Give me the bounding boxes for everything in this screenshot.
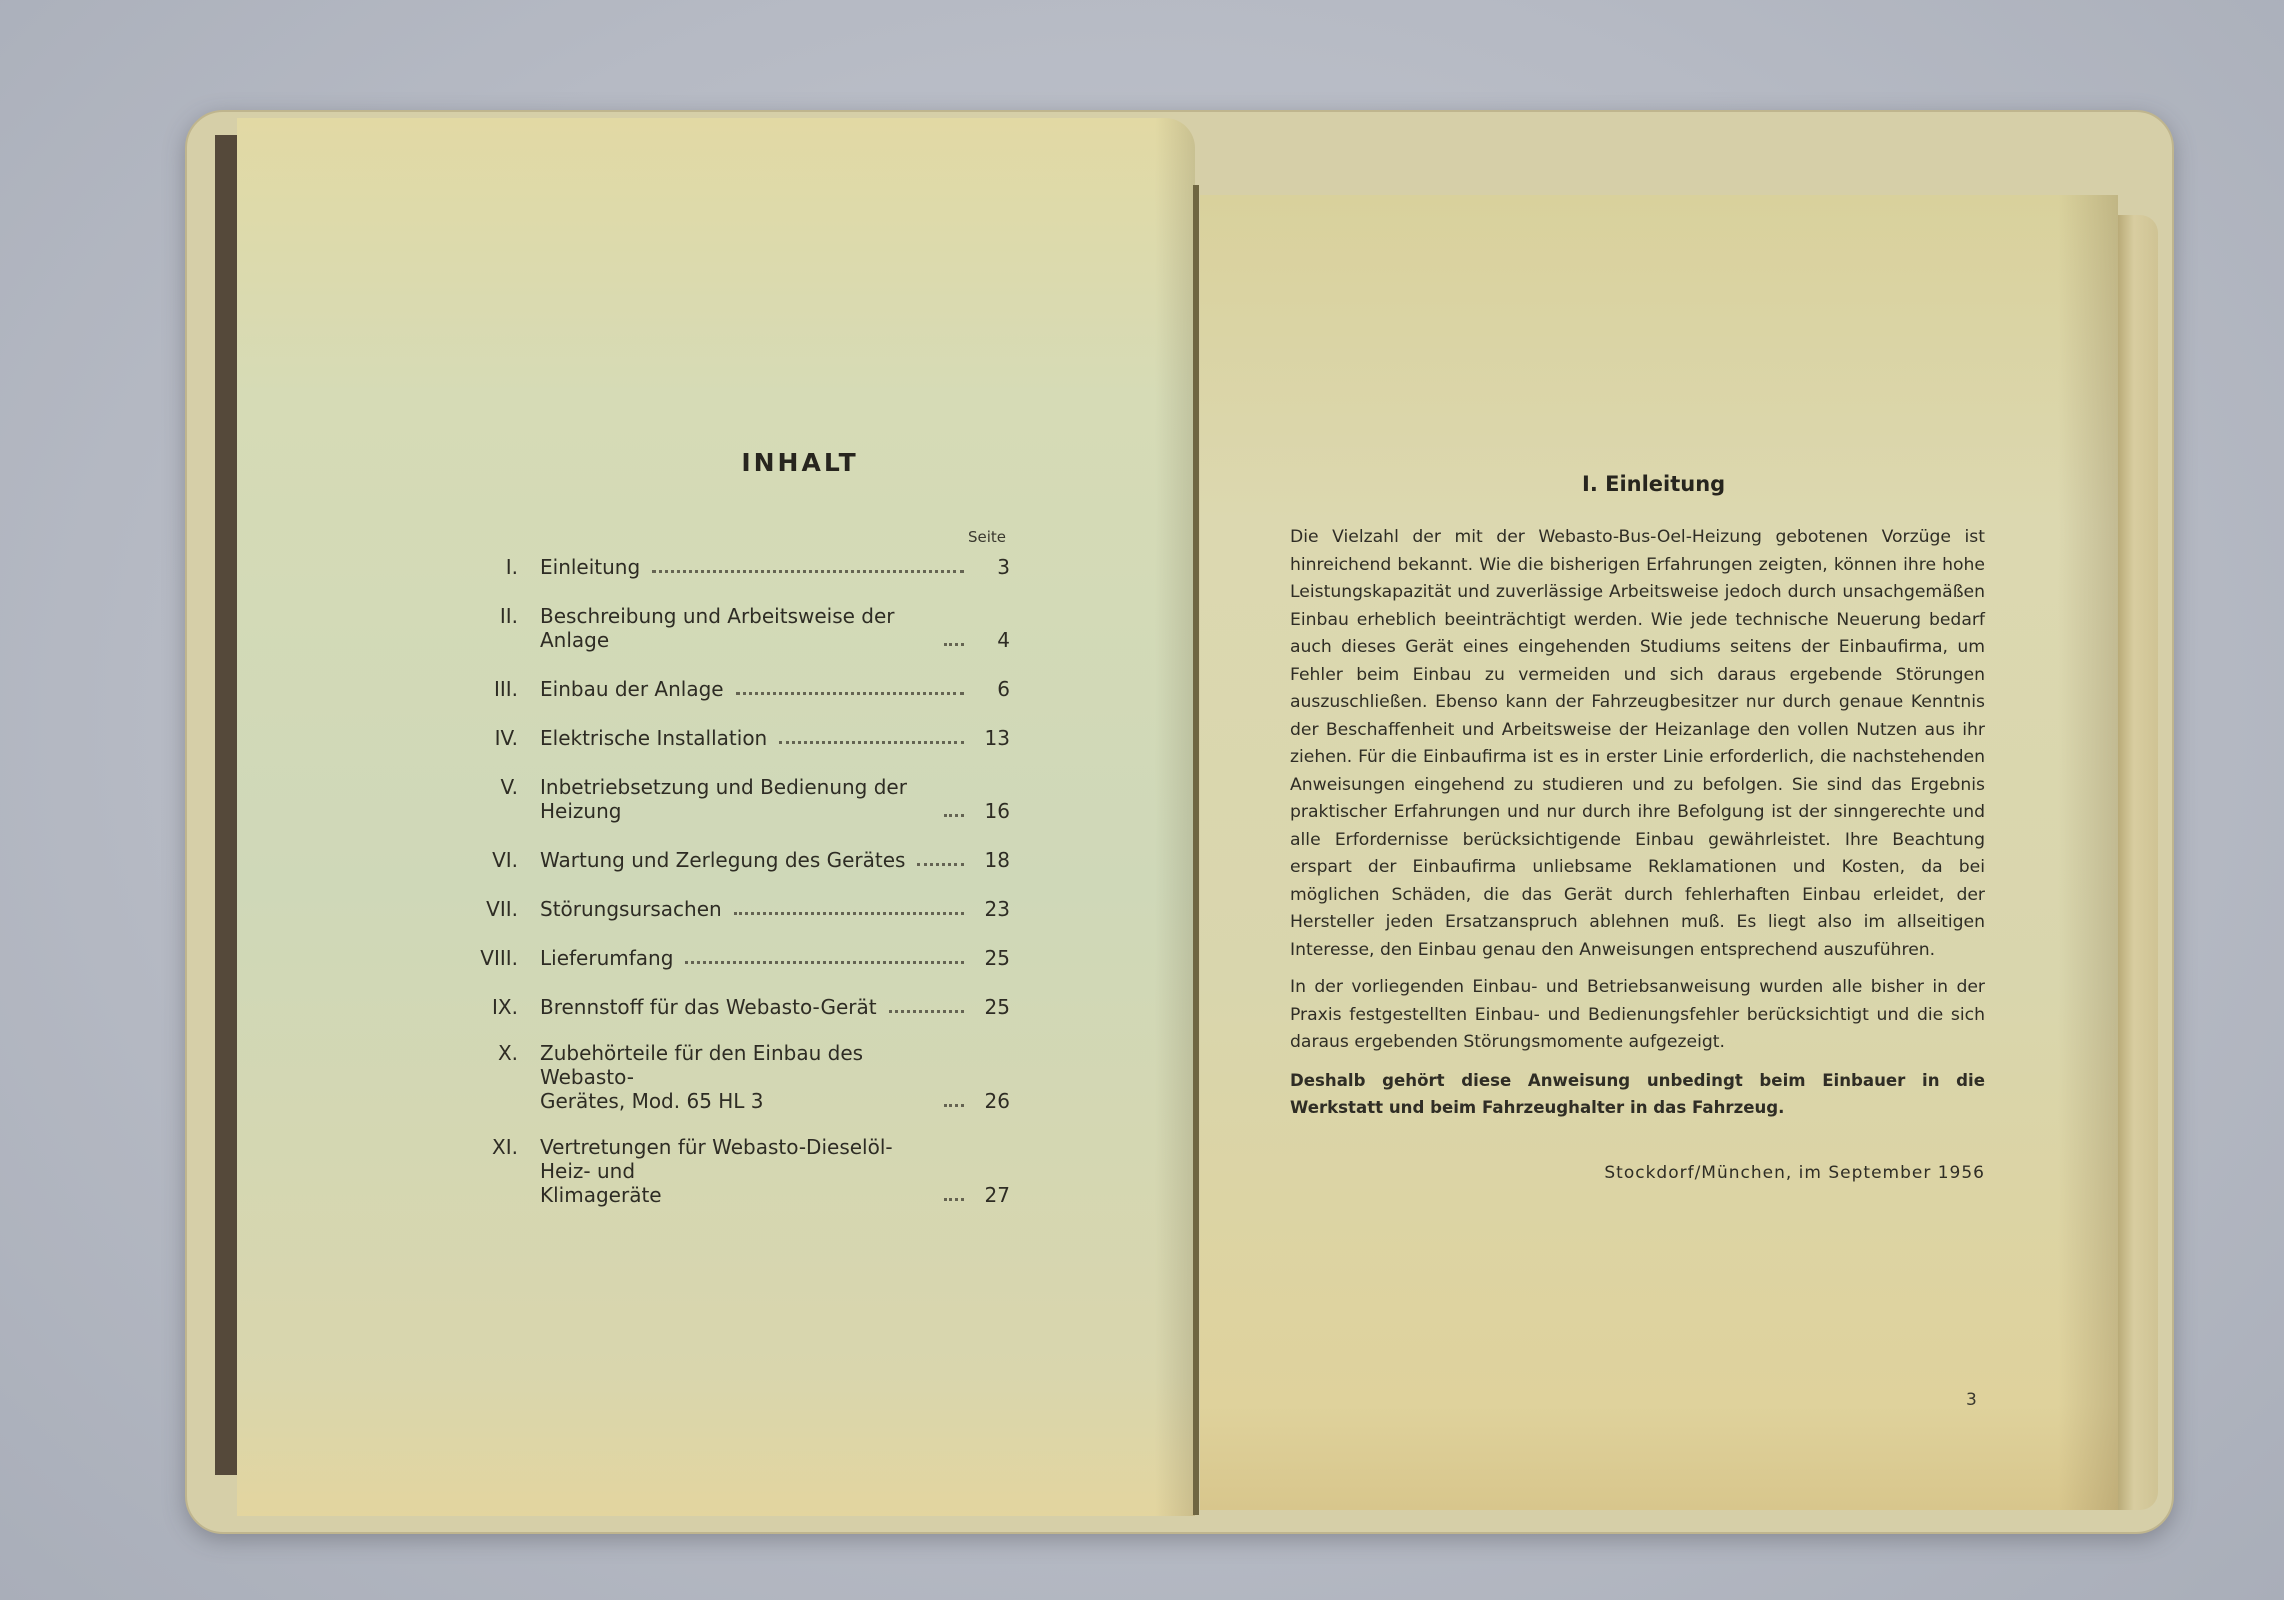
toc-entry-label: Inbetriebsetzung und Bedienung der Heizu… [540, 775, 932, 823]
toc-entry: VII. Störungsursachen 23 [470, 897, 1010, 921]
leader-dots [944, 1104, 964, 1107]
toc-entry-label: Vertretungen für Webasto-Dieselöl-Heiz- … [540, 1135, 932, 1207]
toc-entry: VIII. Lieferumfang 25 [470, 946, 1010, 970]
toc-entry-page: 25 [976, 946, 1010, 970]
body-paragraph: Die Vielzahl der mit der Webasto-Bus-Oel… [1290, 524, 1985, 964]
toc-entry-label: Beschreibung und Arbeitsweise der Anlage [540, 604, 932, 652]
toc-entry-number: V. [470, 775, 518, 799]
toc-entry-number: II. [470, 604, 518, 628]
toc-entry: III. Einbau der Anlage 6 [470, 677, 1010, 701]
leader-dots [944, 643, 964, 646]
toc-entry-label: Lieferumfang [540, 946, 673, 970]
toc-entry: I. Einleitung 3 [470, 555, 1010, 579]
toc-entry-label: Einleitung [540, 555, 640, 579]
toc-entry: II. Beschreibung und Arbeitsweise der An… [470, 604, 1010, 652]
toc-entry-page: 26 [976, 1089, 1010, 1113]
toc-entry-label: Elektrische Installation [540, 726, 767, 750]
toc-entry: VI. Wartung und Zerlegung des Gerätes 18 [470, 848, 1010, 872]
toc-entry-number: III. [470, 677, 518, 701]
toc-entry-label: Zubehörteile für den Einbau des Webasto-… [540, 1041, 932, 1113]
toc-entry-page: 25 [976, 995, 1010, 1019]
toc-entry-number: XI. [470, 1135, 518, 1159]
toc-entry-page: 27 [976, 1183, 1010, 1207]
toc-entry: IX. Brennstoff für das Webasto-Gerät 25 [470, 995, 1010, 1019]
toc-entry-label: Wartung und Zerlegung des Gerätes [540, 848, 905, 872]
leader-dots [685, 961, 964, 964]
toc-entry: XI. Vertretungen für Webasto-Dieselöl-He… [470, 1135, 1010, 1207]
toc-entry-number: VI. [470, 848, 518, 872]
toc-entry-number: I. [470, 555, 518, 579]
toc-entry-number: VIII. [470, 946, 518, 970]
toc-entry-page: 4 [976, 628, 1010, 652]
toc-entry-number: IX. [470, 995, 518, 1019]
toc-entry: X. Zubehörteile für den Einbau des Webas… [470, 1041, 1010, 1113]
toc-entry-label: Einbau der Anlage [540, 677, 724, 701]
toc-page-column-header: Seite [968, 528, 1006, 546]
toc-entry-page: 16 [976, 799, 1010, 823]
book-gutter [1193, 185, 1199, 1515]
toc-entry: V. Inbetriebsetzung und Bedienung der He… [470, 775, 1010, 823]
toc-entry-page: 13 [976, 726, 1010, 750]
leader-dots [889, 1010, 964, 1013]
toc-title: INHALT [700, 448, 900, 477]
toc-entry: IV. Elektrische Installation 13 [470, 726, 1010, 750]
toc-entry-number: VII. [470, 897, 518, 921]
toc-entry-page: 23 [976, 897, 1010, 921]
body-paragraph: In der vorliegenden Einbau- und Betriebs… [1290, 974, 1985, 1057]
page-number: 3 [1966, 1390, 1977, 1410]
toc-entry-page: 6 [976, 677, 1010, 701]
toc-entry-page: 18 [976, 848, 1010, 872]
table-of-contents: I. Einleitung 3 II. Beschreibung und Arb… [470, 555, 1010, 1207]
toc-entry-label: Störungsursachen [540, 897, 722, 921]
leader-dots [734, 912, 964, 915]
chapter-body: Die Vielzahl der mit der Webasto-Bus-Oel… [1290, 524, 1985, 1132]
place-and-date: Stockdorf/München, im September 1956 [1590, 1163, 1985, 1183]
leader-dots [917, 863, 964, 866]
toc-entry-label: Brennstoff für das Webasto-Gerät [540, 995, 877, 1019]
emphasis-paragraph: Deshalb gehört diese Anweisung unbedingt… [1290, 1067, 1985, 1122]
toc-entry-page: 3 [976, 555, 1010, 579]
toc-entry-number: X. [470, 1041, 518, 1065]
leader-dots [944, 814, 964, 817]
cover-edge-strip [215, 135, 237, 1475]
leader-dots [736, 692, 964, 695]
page-stack-edge [2118, 215, 2158, 1510]
leader-dots [944, 1198, 964, 1201]
leader-dots [652, 570, 964, 573]
toc-entry-number: IV. [470, 726, 518, 750]
chapter-title: I. Einleitung [1582, 472, 1725, 496]
leader-dots [779, 741, 964, 744]
